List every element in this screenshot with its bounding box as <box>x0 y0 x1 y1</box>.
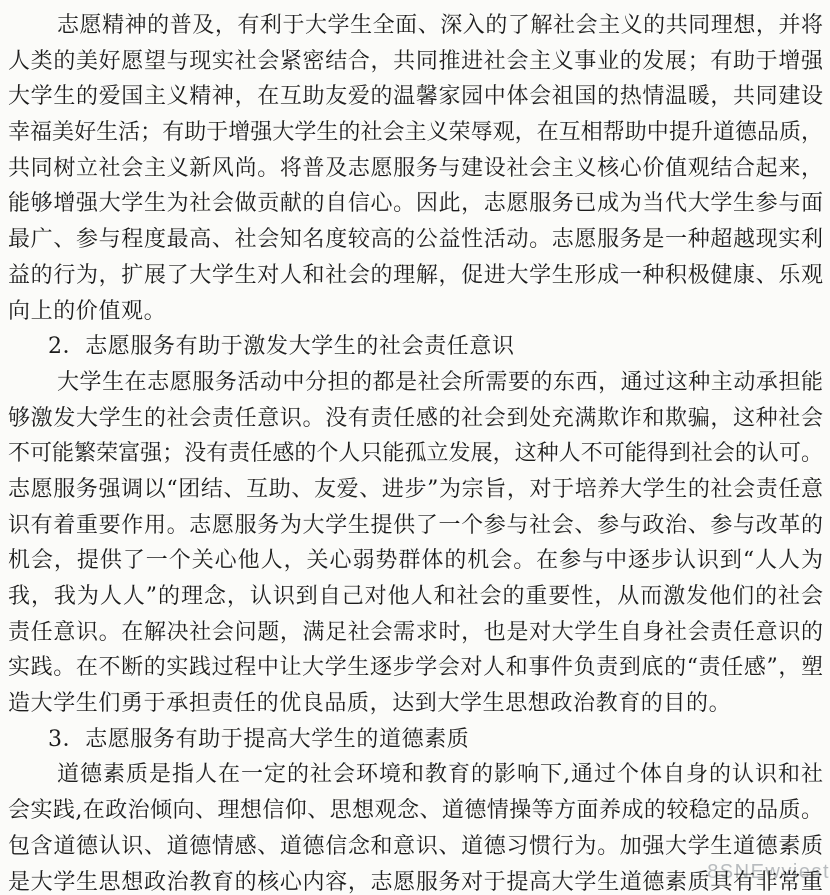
section-heading: 2．志愿服务有助于激发大学生的社会责任意识 <box>8 329 823 365</box>
text-line: 幸福美好生活；有助于增强大学生的社会主义荣辱观，在互相帮助中提升道德品质， <box>8 115 823 151</box>
text-line: 向上的价值观。 <box>8 294 823 330</box>
document-page: 8SNEwviest 志愿精神的普及，有利于大学生全面、深入的了解社会主义的共同… <box>0 0 830 895</box>
text-line: 大学生在志愿服务活动中分担的都是社会所需要的东西，通过这种主动承担能 <box>8 365 823 401</box>
section-heading: 3．志愿服务有助于提高大学生的道德素质 <box>8 722 823 758</box>
text-line: 造大学生们勇于承担责任的优良品质，达到大学生思想政治教育的目的。 <box>8 686 823 722</box>
document-text: 志愿精神的普及，有利于大学生全面、深入的了解社会主义的共同理想，并将人类的美好愿… <box>8 8 823 895</box>
text-line: 识有着重要作用。志愿服务为大学生提供了一个参与社会、参与政治、参与改革的 <box>8 508 823 544</box>
text-line: 我，我为人人”的理念，认识到自己对他人和社会的重要性，从而激发他们的社会 <box>8 579 823 615</box>
text-line: 志愿精神的普及，有利于大学生全面、深入的了解社会主义的共同理想，并将 <box>8 8 823 44</box>
text-line: 最广、参与程度最高、社会知名度较高的公益性活动。志愿服务是一种超越现实利 <box>8 222 823 258</box>
text-line: 志愿服务强调以“团结、互助、友爱、进步”为宗旨，对于培养大学生的社会责任意 <box>8 472 823 508</box>
text-line: 责任意识。在解决社会问题，满足社会需求时，也是对大学生自身社会责任意识的 <box>8 615 823 651</box>
text-line: 人类的美好愿望与现实社会紧密结合，共同推进社会主义事业的发展；有助于增强 <box>8 44 823 80</box>
text-line: 够激发大学生的社会责任意识。没有责任感的社会到处充满欺诈和欺骗，这种社会 <box>8 401 823 437</box>
text-line: 大学生的爱国主义精神，在互助友爱的温馨家园中体会祖国的热情温暖，共同建设 <box>8 79 823 115</box>
text-line: 不可能繁荣富强；没有责任感的个人只能孤立发展，这种人不可能得到社会的认可。 <box>8 436 823 472</box>
text-line: 机会，提供了一个关心他人，关心弱势群体的机会。在参与中逐步认识到“人人为 <box>8 543 823 579</box>
text-line: 包含道德认识、道德情感、道德信念和意识、道德习惯行为。加强大学生道德素质 <box>8 829 823 865</box>
text-line: 能够增强大学生为社会做贡献的自信心。因此，志愿服务已成为当代大学生参与面 <box>8 186 823 222</box>
text-line: 共同树立社会主义新风尚。将普及志愿服务与建设社会主义核心价值观结合起来， <box>8 151 823 187</box>
text-line: 益的行为，扩展了大学生对人和社会的理解，促进大学生形成一种积极健康、乐观 <box>8 258 823 294</box>
text-line: 会实践,在政治倾向、理想信仰、思想观念、道德情操等方面养成的较稳定的品质。 <box>8 793 823 829</box>
text-line: 实践。在不断的实践过程中让大学生逐步学会对人和事件负责到底的“责任感”，塑 <box>8 650 823 686</box>
text-line: 是大学生思想政治教育的核心内容，志愿服务对于提高大学生道德素质具有非常重 <box>8 865 823 895</box>
text-line: 道德素质是指人在一定的社会环境和教育的影响下,通过个体自身的认识和社 <box>8 757 823 793</box>
